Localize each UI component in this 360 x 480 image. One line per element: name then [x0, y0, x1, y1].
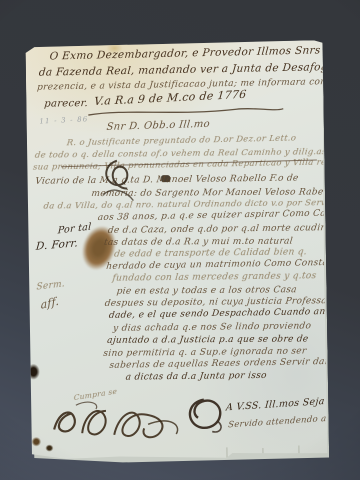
edge-ink-blot: [25, 362, 41, 382]
capital-d-flourish-icon: [180, 393, 229, 438]
underline-swash-icon: [86, 105, 286, 119]
body-line: aos 38 anos, p.a q.e se quizer aspirar C…: [97, 209, 327, 223]
manuscript-page: O Exmo Dezembargador, e Provedor Illmos …: [25, 40, 327, 462]
body-line: y dias achada q.e nos Se lindo proviendo: [112, 322, 311, 333]
signature-rubric-icon: [48, 394, 189, 448]
margin-note: aff.: [40, 295, 59, 310]
closing-line: A V.SS. Ill.mos Seja: [226, 397, 325, 413]
body-line: a dictas da d.a Junta por isso: [125, 372, 267, 383]
body-line: R. o Justificante preguntado do D.or Dez…: [66, 135, 296, 148]
margin-note: Serm.: [36, 280, 65, 292]
margin-note: D. Forr.: [35, 238, 78, 252]
body-line: tas datas de d.a R.a y mui m.to natural: [103, 238, 293, 248]
body-line: de d.a Caza, onde q.do por q.al morte ac…: [107, 224, 325, 236]
salutation-line: Snr D. Obb.o Ill.mo: [106, 120, 210, 133]
body-line: Vicario de la M.a q.ta D. Manoel Veloso …: [35, 174, 299, 186]
body-line: saberlas de aquellas Reaes ordens Servir…: [109, 358, 328, 371]
header-line: parecer.: [44, 99, 89, 110]
margin-note: Por tal: [57, 222, 91, 236]
body-line: pie en esta y todas e a los otros Casa: [116, 286, 297, 297]
body-line: dade, e el que sendo Despachado Cuando a…: [108, 308, 327, 321]
closing-line: Servido attendendo a: [228, 415, 327, 430]
body-line: herdado de cuya un matrimonio Como Const…: [106, 259, 328, 272]
body-line: fundado con las mercedes grandes y q.tos: [112, 272, 317, 284]
body-line: ajuntado a d.a Justicia p.a que se obre …: [107, 335, 309, 345]
header-line: O Exmo Dezembargador, e Provedor Illmos …: [49, 44, 327, 62]
paper-tear-mark: [226, 447, 227, 458]
notary-rubric-icon: [95, 154, 140, 203]
manuscript-photo: O Exmo Dezembargador, e Provedor Illmos …: [0, 0, 360, 480]
header-line: da Fazenda Real, mandando ver a Junta de…: [38, 61, 327, 78]
archival-pencil-note: 11 - 3 - 86: [39, 115, 88, 125]
corner-stain-1: [30, 436, 42, 448]
date-line: V.a R.a 9 de M.co de 1776: [94, 89, 247, 107]
